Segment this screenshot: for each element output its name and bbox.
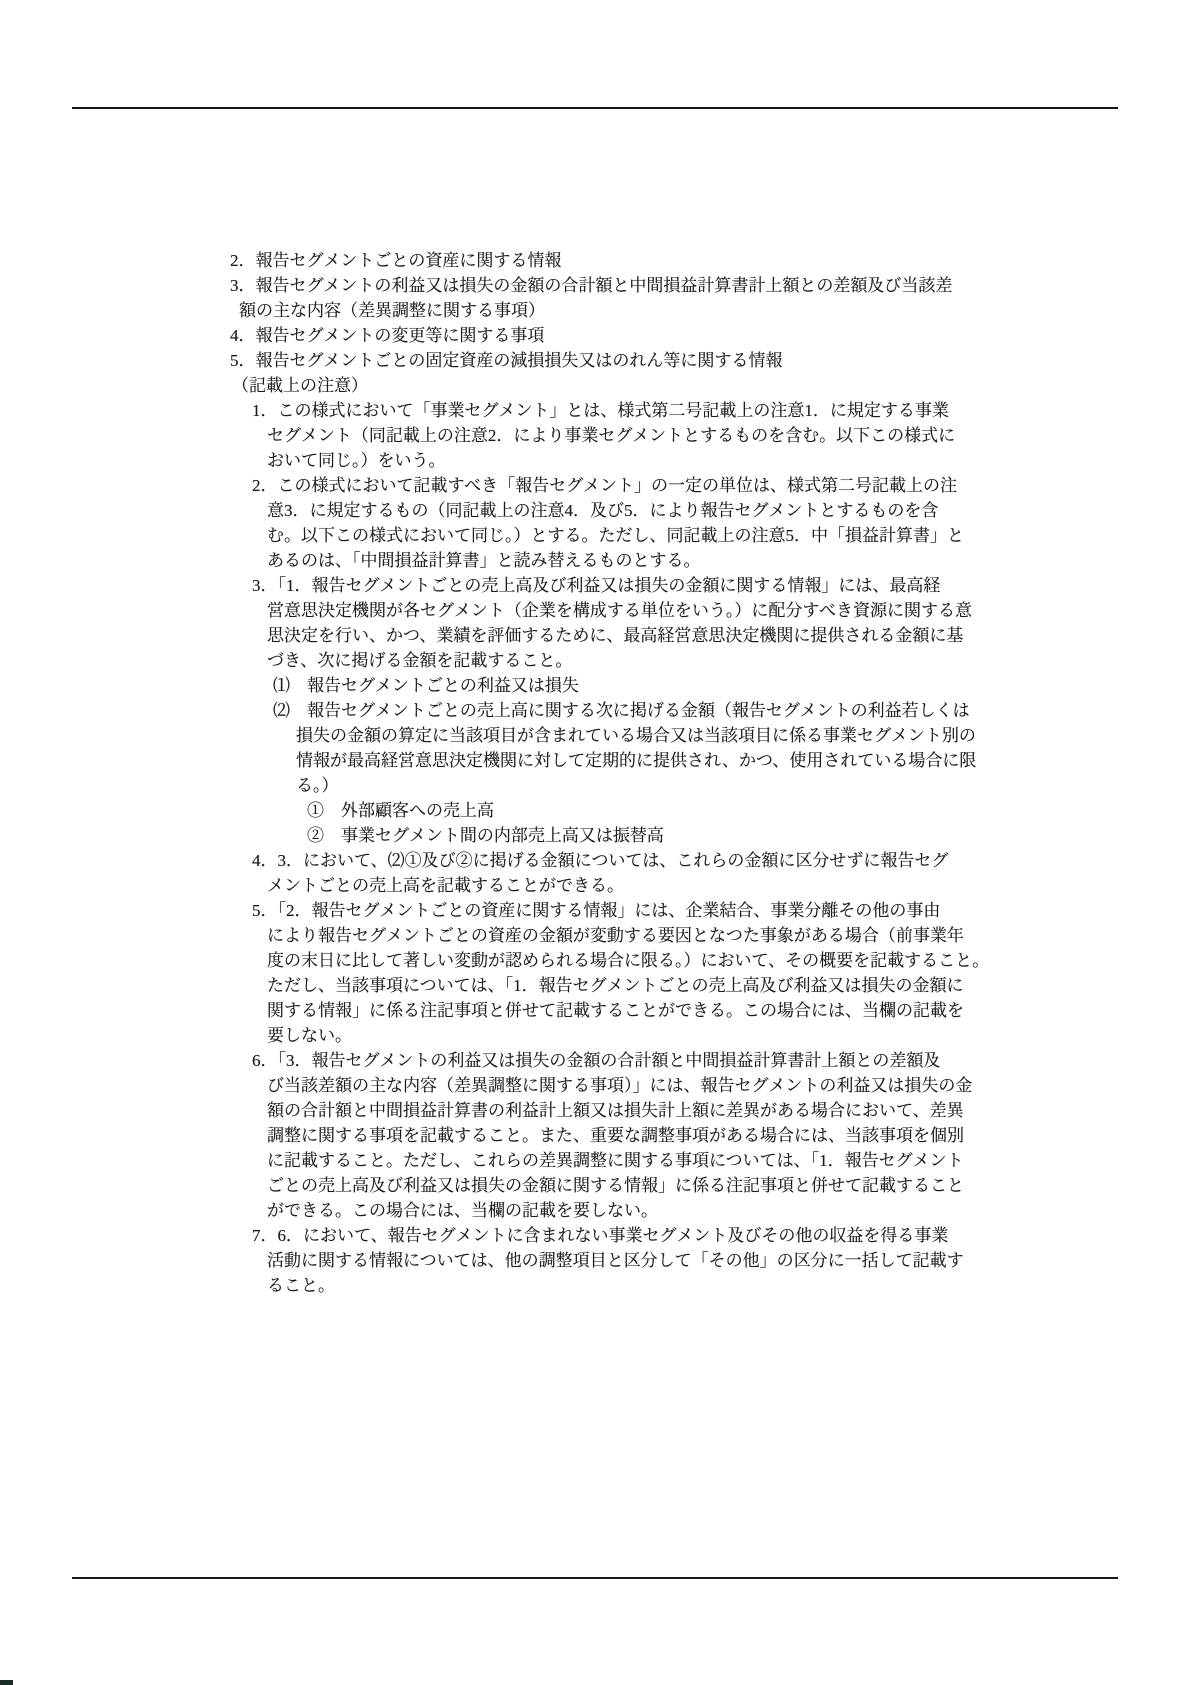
document-line: 調整に関する事項を記載すること。また、重要な調整事項がある場合には、当該事項を個… [230,1123,980,1148]
document-line: 3．「1．報告セグメントごとの売上高及び利益又は損失の金額に関する情報」には、最… [230,573,980,598]
document-line: ② 事業セグメント間の内部売上高又は振替高 [230,823,980,848]
document-line: 2．報告セグメントごとの資産に関する情報 [230,248,980,273]
document-line: ができる。この場合には、当欄の記載を要しない。 [230,1198,980,1223]
document-line: 情報が最高経営意思決定機関に対して定期的に提供され、かつ、使用されている場合に限 [230,748,980,773]
document-line: 度の末日に比して著しい変動が認められる場合に限る。）において、その概要を記載する… [230,948,980,973]
document-line: 7．6．において、報告セグメントに含まれない事業セグメント及びその他の収益を得る… [230,1223,980,1248]
document-line: 営意思決定機関が各セグメント（企業を構成する単位をいう。）に配分すべき資源に関す… [230,598,980,623]
document-line: む。以下この様式において同じ。）とする。ただし、同記載上の注意5．中「損益計算書… [230,523,980,548]
document-line: ること。 [230,1273,980,1298]
document-line: あるのは、「中間損益計算書」と読み替えるものとする。 [230,548,980,573]
document-line: （記載上の注意） [230,373,980,398]
bottom-horizontal-rule [72,1577,1118,1579]
document-line: により報告セグメントごとの資産の金額が変動する要因となつた事象がある場合（前事業… [230,923,980,948]
document-text-block: 2．報告セグメントごとの資産に関する情報3．報告セグメントの利益又は損失の金額の… [230,248,980,1298]
document-line: ⑵ 報告セグメントごとの売上高に関する次に掲げる金額（報告セグメントの利益若しく… [230,698,980,723]
document-line: に記載すること。ただし、これらの差異調整に関する事項については、「1．報告セグメ… [230,1148,980,1173]
document-line: 思決定を行い、かつ、業績を評価するために、最高経営意思決定機関に提供される金額に… [230,623,980,648]
document-line: ⑴ 報告セグメントごとの利益又は損失 [230,673,980,698]
document-line: 3．報告セグメントの利益又は損失の金額の合計額と中間損益計算書計上額との差額及び… [230,273,980,298]
document-line: セグメント（同記載上の注意2．により事業セグメントとするものを含む。以下この様式… [230,423,980,448]
document-line: 5．報告セグメントごとの固定資産の減損損失又はのれん等に関する情報 [230,348,980,373]
document-line: ① 外部顧客への売上高 [230,798,980,823]
document-line: 活動に関する情報については、他の調整項目と区分して「その他」の区分に一括して記載… [230,1248,980,1273]
document-line: 損失の金額の算定に当該項目が含まれている場合又は当該項目に係る事業セグメント別の [230,723,980,748]
document-line: づき、次に掲げる金額を記載すること。 [230,648,980,673]
top-horizontal-rule [72,107,1118,109]
document-line: び当該差額の主な内容（差異調整に関する事項）」には、報告セグメントの利益又は損失… [230,1073,980,1098]
document-line: 要しない。 [230,1023,980,1048]
document-line: 関する情報」に係る注記事項と併せて記載することができる。この場合には、当欄の記載… [230,998,980,1023]
document-line: 額の主な内容（差異調整に関する事項） [230,298,980,323]
document-line: 意3．に規定するもの（同記載上の注意4．及び5．により報告セグメントとするものを… [230,498,980,523]
document-line: 2．この様式において記載すべき「報告セグメント」の一定の単位は、様式第二号記載上… [230,473,980,498]
document-line: ただし、当該事項については、「1．報告セグメントごとの売上高及び利益又は損失の金… [230,973,980,998]
document-line: 4．3．において、⑵①及び②に掲げる金額については、これらの金額に区分せずに報告… [230,848,980,873]
document-line: る。） [230,773,980,798]
document-line: 4．報告セグメントの変更等に関する事項 [230,323,980,348]
scan-artifact-mark [0,1680,13,1685]
document-page: 2．報告セグメントごとの資産に関する情報3．報告セグメントの利益又は損失の金額の… [0,0,1192,1685]
document-line: おいて同じ。）をいう。 [230,448,980,473]
document-line: 額の合計額と中間損益計算書の利益計上額又は損失計上額に差異がある場合において、差… [230,1098,980,1123]
document-line: 5．「2．報告セグメントごとの資産に関する情報」には、企業結合、事業分離その他の… [230,898,980,923]
document-line: 1．この様式において「事業セグメント」とは、様式第二号記載上の注意1．に規定する… [230,398,980,423]
document-line: ごとの売上高及び利益又は損失の金額に関する情報」に係る注記事項と併せて記載するこ… [230,1173,980,1198]
document-line: メントごとの売上高を記載することができる。 [230,873,980,898]
document-line: 6．「3．報告セグメントの利益又は損失の金額の合計額と中間損益計算書計上額との差… [230,1048,980,1073]
